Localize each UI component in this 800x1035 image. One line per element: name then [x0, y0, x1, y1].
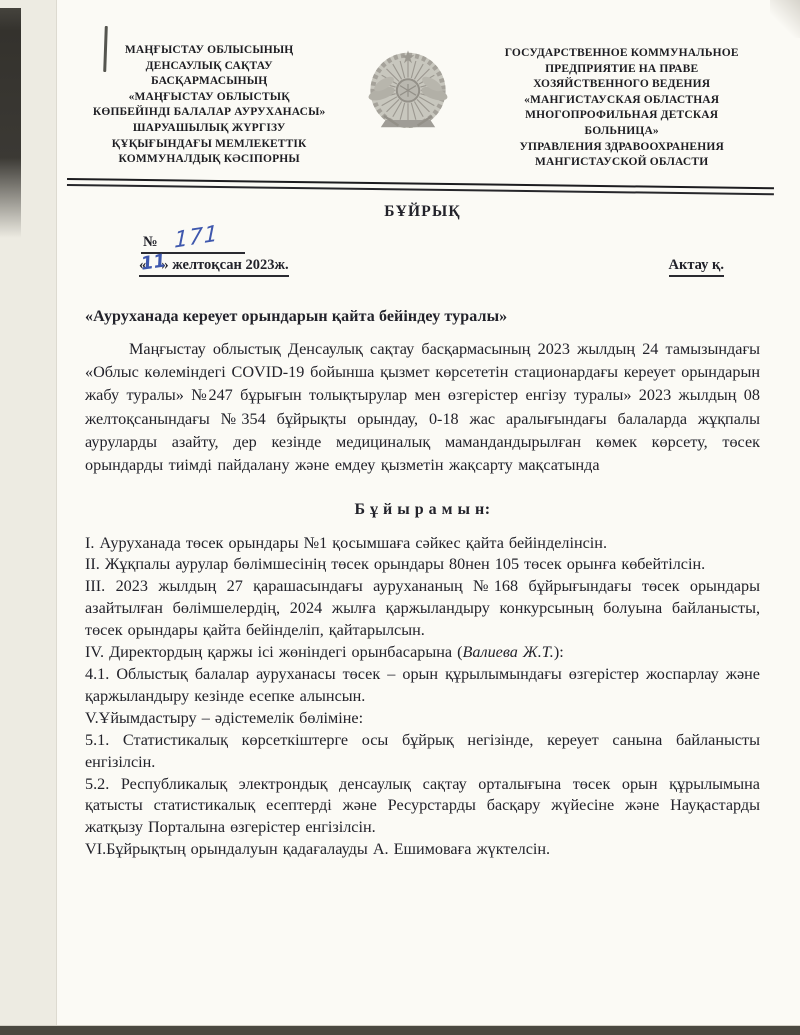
order-item: 4.1. Облыстық балалар ауруханасы төсек –… [85, 664, 760, 708]
city-label: Актау қ. [669, 257, 725, 277]
org-name-kazakh: МАҢҒЫСТАУ ОБЛЫСЫНЫҢ ДЕНСАУЛЫҚ САҚТАУ БАС… [85, 40, 333, 168]
order-items: I. Ауруханада төсек орындары №1 қосымшағ… [85, 533, 760, 862]
date-city-row: «11» желтоқсан 2023ж. Актау қ. [85, 257, 760, 277]
handwritten-order-number: 171 [174, 228, 219, 247]
order-item: II. Жұқпалы аурулар бөлімшесінің төсек о… [85, 554, 760, 576]
org-name-russian: ГОСУДАРСТВЕННОЕ КОММУНАЛЬНОЕ ПРЕДПРИЯТИЕ… [483, 40, 760, 171]
handwritten-day: 11 [141, 256, 167, 269]
order-number-line: №171 [85, 221, 760, 254]
letterhead: МАҢҒЫСТАУ ОБЛЫСЫНЫҢ ДЕНСАУЛЫҚ САҚТАУ БАС… [85, 40, 760, 171]
coat-of-arms-graphic [360, 42, 456, 142]
document-type-title: БҰЙРЫҚ [85, 203, 760, 221]
number-label: № [143, 234, 158, 250]
preamble-paragraph: Маңғыстау облыстық Денсаулық сақтау басқ… [85, 338, 760, 478]
order-item: VI.Бұйрықтың орындалуын қадағалауды А. Е… [85, 839, 760, 861]
resolution-heading: Б ұ й ы р а м ы н: [85, 501, 760, 519]
scan-bottom-dark-edge [0, 1026, 800, 1035]
order-item: III. 2023 жылдың 27 қарашасындағы ауруха… [85, 576, 760, 642]
scanned-order-page: МАҢҒЫСТАУ ОБЛЫСЫНЫҢ ДЕНСАУЛЫҚ САҚТАУ БАС… [0, 0, 800, 1035]
order-item: V.Ұйымдастыру – әдістемелік бөліміне: [85, 708, 760, 730]
order-date-line: «11» желтоқсан 2023ж. [139, 257, 289, 277]
date-text: желтоқсан 2023ж. [169, 257, 289, 273]
kazakhstan-emblem-icon [333, 40, 483, 142]
order-item: I. Ауруханада төсек орындары №1 қосымшағ… [85, 533, 760, 555]
order-subject: «Ауруханада кереует орындарын қайта бейі… [85, 308, 760, 326]
order-item: 5.2. Республикалық электрондық денсаулық… [85, 774, 760, 840]
header-divider-rule [67, 178, 774, 195]
order-item: IV. Директордың қаржы ісі жөніндегі орын… [85, 642, 760, 664]
order-item: 5.1. Статистикалық көрсеткіштерге осы бұ… [85, 730, 760, 774]
